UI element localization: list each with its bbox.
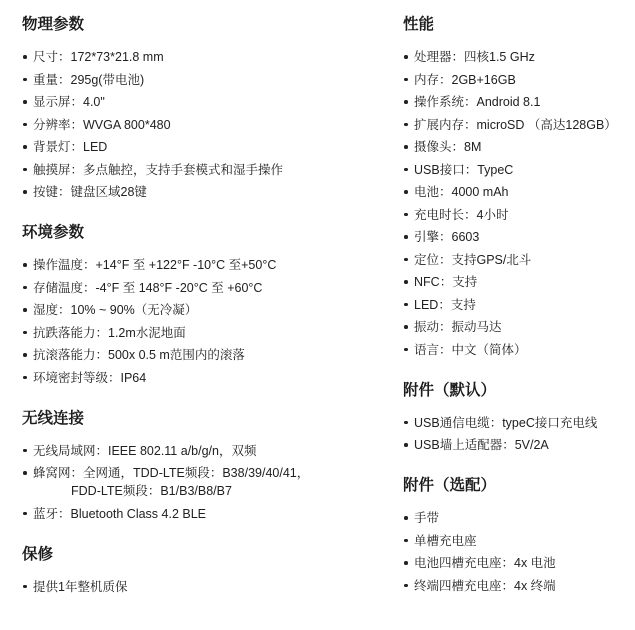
spec-item-text: 存储温度：-4°F 至 148°F -20°C 至 +60°C xyxy=(33,281,262,295)
physical-params-list: 尺寸：172*73*21.8 mm 重量：295g(带电池) 显示屏：4.0" xyxy=(22,48,403,201)
spec-item: 按键：键盘区域28键 xyxy=(22,183,403,201)
spec-item: 显示屏：4.0" xyxy=(22,93,403,111)
spec-item: 摄像头：8M xyxy=(403,138,627,156)
wireless-list: 无线局域网：IEEE 802.11 a/b/g/n，双频 蜂窝网：全网通，TDD… xyxy=(22,442,403,523)
section-title-accessories-default: 附件（默认） xyxy=(403,382,627,400)
spec-item: 处理器：四核1.5 GHz xyxy=(403,48,627,66)
spec-item-text: 摄像头：8M xyxy=(414,140,481,154)
section-title-performance: 性能 xyxy=(403,16,627,34)
spec-item: 分辨率：WVGA 800*480 xyxy=(22,116,403,134)
spec-item-text: 操作温度：+14°F 至 +122°F -10°C 至+50°C xyxy=(33,258,276,272)
spec-item-text: 按键：键盘区域28键 xyxy=(33,185,147,199)
section-performance: 性能 处理器：四核1.5 GHz 内存：2GB+16GB 操作系统：Androi… xyxy=(403,16,627,359)
spec-item-text-continued: FDD-LTE频段：B1/B3/B8/B7 xyxy=(71,482,403,500)
spec-item-text: 引擎：6603 xyxy=(414,230,479,244)
spec-item-text: USB墙上适配器：5V/2A xyxy=(414,438,549,452)
right-column: 性能 处理器：四核1.5 GHz 内存：2GB+16GB 操作系统：Androi… xyxy=(403,16,627,600)
spec-item: LED：支持 xyxy=(403,296,627,314)
spec-item-text: 单槽充电座 xyxy=(414,534,477,548)
section-title-wireless: 无线连接 xyxy=(22,410,403,428)
spec-item-text: 重量：295g(带电池) xyxy=(33,73,144,87)
spec-item-text: 无线局域网：IEEE 802.11 a/b/g/n，双频 xyxy=(33,444,256,458)
spec-item-text: 定位：支持GPS/北斗 xyxy=(414,253,531,267)
section-wireless: 无线连接 无线局域网：IEEE 802.11 a/b/g/n，双频 蜂窝网：全网… xyxy=(22,410,403,523)
spec-item-text: 抗滚落能力：500x 0.5 m范围内的滚落 xyxy=(33,348,245,362)
spec-item: 语言：中文（简体） xyxy=(403,341,627,359)
warranty-list: 提供1年整机质保 xyxy=(22,578,403,596)
spec-item: USB墙上适配器：5V/2A xyxy=(403,436,627,454)
spec-item: 无线局域网：IEEE 802.11 a/b/g/n，双频 xyxy=(22,442,403,460)
spec-item: NFC：支持 xyxy=(403,273,627,291)
spec-item: USB通信电缆：typeC接口充电线 xyxy=(403,414,627,432)
environment-params-list: 操作温度：+14°F 至 +122°F -10°C 至+50°C 存储温度：-4… xyxy=(22,256,403,387)
spec-item-text: 振动：振动马达 xyxy=(414,320,502,334)
spec-item-text: 环境密封等级：IP64 xyxy=(33,371,146,385)
spec-item-text: 湿度：10% ~ 90%（无冷凝） xyxy=(33,303,197,317)
spec-item: 抗跌落能力：1.2m水泥地面 xyxy=(22,324,403,342)
spec-item: USB接口：TypeC xyxy=(403,161,627,179)
spec-item-text: 尺寸：172*73*21.8 mm xyxy=(33,50,164,64)
spec-item-text: USB通信电缆：typeC接口充电线 xyxy=(414,416,597,430)
spec-item-text: 终端四槽充电座：4x 终端 xyxy=(414,579,556,593)
accessories-default-list: USB通信电缆：typeC接口充电线 USB墙上适配器：5V/2A xyxy=(403,414,627,455)
spec-item-text: 手带 xyxy=(414,511,439,525)
spec-item-text: USB接口：TypeC xyxy=(414,163,513,177)
spec-item: 电池四槽充电座：4x 电池 xyxy=(403,554,627,572)
spec-item-text: 电池：4000 mAh xyxy=(414,185,508,199)
spec-item: 触摸屏：多点触控，支持手套模式和湿手操作 xyxy=(22,161,403,179)
section-title-physical-params: 物理参数 xyxy=(22,16,403,34)
left-column: 物理参数 尺寸：172*73*21.8 mm 重量：295g(带电池) 显示屏：… xyxy=(22,16,403,600)
spec-item-text: 分辨率：WVGA 800*480 xyxy=(33,118,171,132)
section-accessories-optional: 附件（选配） 手带 单槽充电座 电池四槽充电座：4x 电池 xyxy=(403,477,627,595)
spec-item: 单槽充电座 xyxy=(403,532,627,550)
spec-item-text: 蓝牙：Bluetooth Class 4.2 BLE xyxy=(33,507,206,521)
spec-item: 存储温度：-4°F 至 148°F -20°C 至 +60°C xyxy=(22,279,403,297)
spec-item-text: 背景灯：LED xyxy=(33,140,107,154)
spec-item: 内存：2GB+16GB xyxy=(403,71,627,89)
section-warranty: 保修 提供1年整机质保 xyxy=(22,546,403,596)
spec-item: 蓝牙：Bluetooth Class 4.2 BLE xyxy=(22,505,403,523)
section-title-accessories-optional: 附件（选配） xyxy=(403,477,627,495)
spec-item-text: 内存：2GB+16GB xyxy=(414,73,516,87)
spec-item: 充电时长：4小时 xyxy=(403,206,627,224)
spec-item: 提供1年整机质保 xyxy=(22,578,403,596)
section-title-environment-params: 环境参数 xyxy=(22,224,403,242)
spec-item: 环境密封等级：IP64 xyxy=(22,369,403,387)
spec-item: 定位：支持GPS/北斗 xyxy=(403,251,627,269)
spec-item: 背景灯：LED xyxy=(22,138,403,156)
spec-item-text: 操作系统：Android 8.1 xyxy=(414,95,540,109)
spec-item-text: 处理器：四核1.5 GHz xyxy=(414,50,535,64)
spec-item-text: 显示屏：4.0" xyxy=(33,95,105,109)
spec-item: 抗滚落能力：500x 0.5 m范围内的滚落 xyxy=(22,346,403,364)
spec-item: 操作系统：Android 8.1 xyxy=(403,93,627,111)
spec-sheet: 物理参数 尺寸：172*73*21.8 mm 重量：295g(带电池) 显示屏：… xyxy=(0,0,635,600)
spec-item: 电池：4000 mAh xyxy=(403,183,627,201)
spec-item: 振动：振动马达 xyxy=(403,318,627,336)
spec-item-text: 提供1年整机质保 xyxy=(33,580,127,594)
spec-item-text: 扩展内存：microSD （高达128GB） xyxy=(414,118,617,132)
accessories-optional-list: 手带 单槽充电座 电池四槽充电座：4x 电池 终端四槽充电座：4 xyxy=(403,509,627,595)
spec-item: 扩展内存：microSD （高达128GB） xyxy=(403,116,627,134)
spec-item-text: LED：支持 xyxy=(414,298,476,312)
section-environment-params: 环境参数 操作温度：+14°F 至 +122°F -10°C 至+50°C 存储… xyxy=(22,224,403,387)
section-physical-params: 物理参数 尺寸：172*73*21.8 mm 重量：295g(带电池) 显示屏：… xyxy=(22,16,403,201)
spec-item-text: 抗跌落能力：1.2m水泥地面 xyxy=(33,326,186,340)
spec-item: 手带 xyxy=(403,509,627,527)
section-title-warranty: 保修 xyxy=(22,546,403,564)
spec-item: 终端四槽充电座：4x 终端 xyxy=(403,577,627,595)
spec-item: 蜂窝网：全网通，TDD-LTE频段：B38/39/40/41， FDD-LTE频… xyxy=(22,464,403,500)
spec-item-text: 语言：中文（简体） xyxy=(414,343,527,357)
spec-item: 湿度：10% ~ 90%（无冷凝） xyxy=(22,301,403,319)
spec-item-text: NFC：支持 xyxy=(414,275,477,289)
spec-item: 重量：295g(带电池) xyxy=(22,71,403,89)
spec-item-text: 触摸屏：多点触控，支持手套模式和湿手操作 xyxy=(33,163,283,177)
spec-item: 尺寸：172*73*21.8 mm xyxy=(22,48,403,66)
spec-item-text: 充电时长：4小时 xyxy=(414,208,508,222)
section-accessories-default: 附件（默认） USB通信电缆：typeC接口充电线 USB墙上适配器：5V/2A xyxy=(403,382,627,455)
spec-item: 操作温度：+14°F 至 +122°F -10°C 至+50°C xyxy=(22,256,403,274)
spec-item-text: 电池四槽充电座：4x 电池 xyxy=(414,556,556,570)
performance-list: 处理器：四核1.5 GHz 内存：2GB+16GB 操作系统：Android 8… xyxy=(403,48,627,359)
spec-item-text: 蜂窝网：全网通，TDD-LTE频段：B38/39/40/41， xyxy=(33,466,309,480)
spec-item: 引擎：6603 xyxy=(403,228,627,246)
